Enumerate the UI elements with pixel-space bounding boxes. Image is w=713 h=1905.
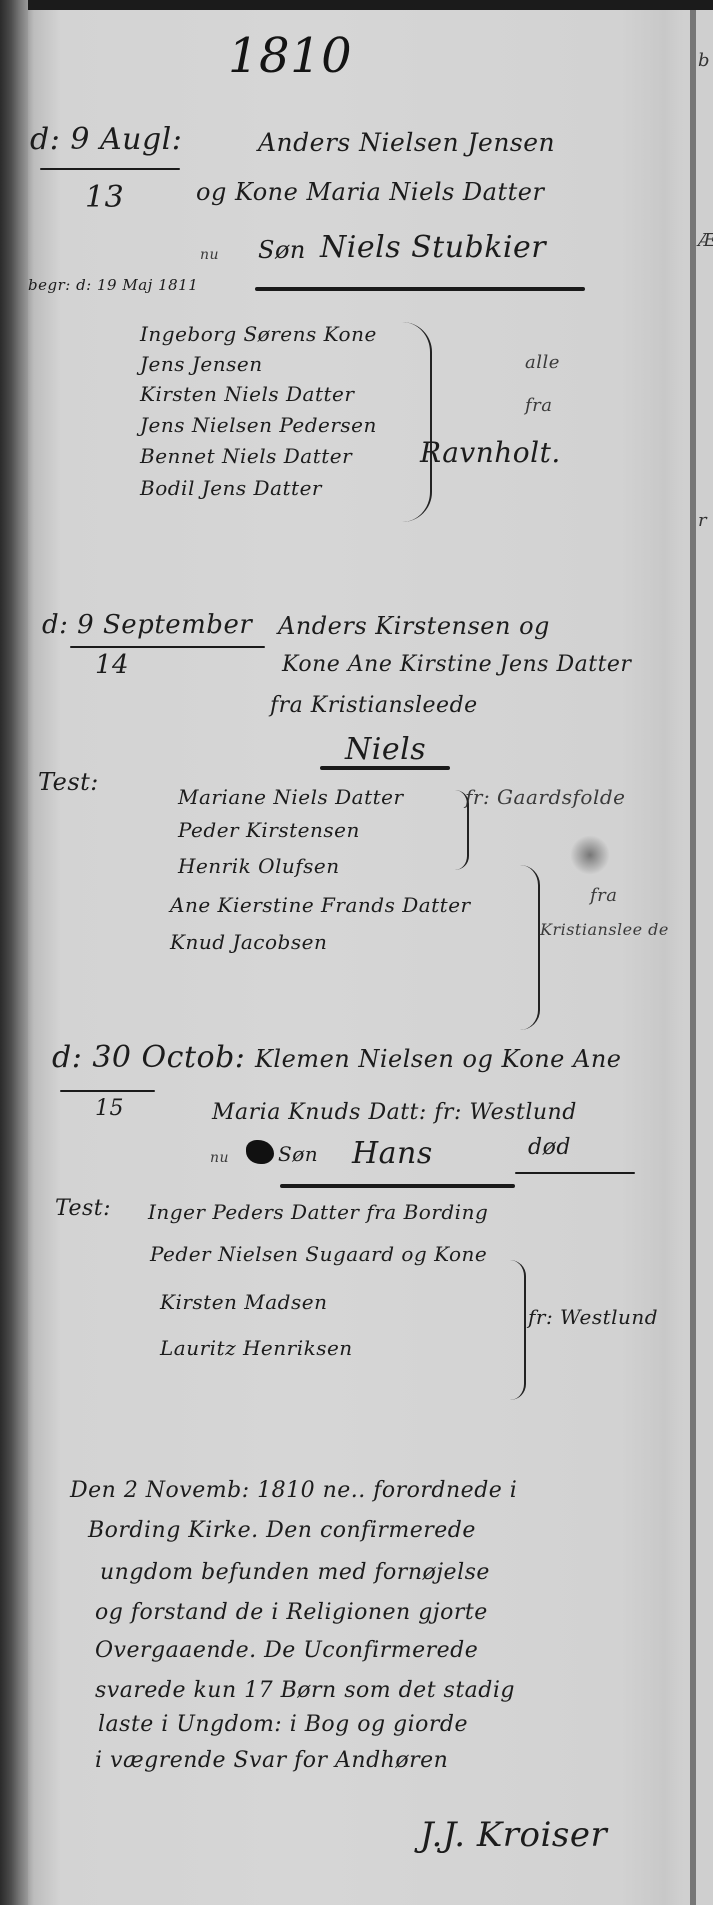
note-line: i vægrende Svar for Andhøren [95, 1748, 448, 1773]
witness: Knud Jacobsen [170, 930, 327, 954]
note-line: og forstand de i Religionen gjorte [95, 1600, 488, 1625]
origin-word: fra [590, 885, 618, 906]
witness: Jens Jensen [140, 352, 263, 376]
child-name-underline [255, 287, 585, 291]
entry-number: 15 [95, 1096, 124, 1121]
witness: Peder Nielsen Sugaard og Kone [150, 1242, 487, 1266]
witness: Bodil Jens Datter [140, 476, 322, 500]
parents-line-1: Klemen Nielsen og Kone Ane [255, 1045, 621, 1073]
entry-date: d: 30 Octob: [52, 1040, 245, 1075]
adjacent-page-mark: r [698, 510, 707, 531]
note-line: svarede kun 17 Børn som det stadig [95, 1678, 515, 1703]
witness-brace [510, 1260, 526, 1400]
witness: Peder Kirstensen [178, 818, 360, 842]
origin-word: alle [525, 352, 560, 373]
book-spine [0, 0, 28, 1905]
ink-smudge [570, 835, 610, 875]
witness: Lauritz Henriksen [160, 1336, 353, 1360]
witness: Inger Peders Datter fra Bording [148, 1200, 488, 1224]
witness-brace [455, 790, 469, 870]
ink-blot [246, 1140, 274, 1164]
child-prefix: Søn [278, 1142, 318, 1166]
signature: J.J. Kroiser [420, 1815, 607, 1855]
witness: Ane Kierstine Frands Datter [170, 893, 471, 917]
child-name: Niels [345, 732, 426, 767]
date-underline [40, 168, 180, 170]
witness: Jens Nielsen Pedersen [140, 413, 377, 437]
entry-number: 14 [95, 650, 129, 680]
entry-date: d: 9 September [42, 610, 252, 640]
witness: Kirsten Niels Datter [140, 382, 354, 406]
year-heading: 1810 [228, 28, 352, 84]
witness: Mariane Niels Datter [178, 785, 404, 809]
child-prefix: Søn [258, 236, 306, 264]
note-line: ungdom befunden med fornøjelse [100, 1560, 490, 1585]
witness-note: fr: Gaardsfolde [465, 785, 626, 809]
parents-line-2: Kone Ane Kirstine Jens Datter [282, 652, 631, 677]
note-line: Bording Kirke. Den confirmerede [88, 1518, 476, 1543]
note-line: Overgaaende. De Uconfirmerede [95, 1638, 478, 1663]
parents-line-2: Maria Knuds Datt: fr: Westlund [212, 1100, 577, 1125]
adjacent-page-strip: b Æ r [696, 10, 713, 1905]
child-name: Hans [352, 1136, 433, 1171]
scan-top-border [0, 0, 713, 10]
document-scan: b Æ r 1810 d: 9 Augl: 13 Anders Nielsen … [0, 0, 713, 1905]
parents-line-1: Anders Nielsen Jensen [258, 128, 555, 157]
adjacent-page-mark: b [698, 50, 710, 71]
entry-number: 13 [85, 180, 124, 215]
parents-line-3: fra Kristiansleede [270, 693, 478, 718]
entry-date: d: 9 Augl: [30, 122, 182, 157]
date-underline [70, 646, 265, 648]
witness: Bennet Niels Datter [140, 444, 352, 468]
witness: Ingeborg Sørens Kone [140, 322, 377, 346]
parents-line-1: Anders Kirstensen og [278, 612, 550, 640]
date-underline [60, 1090, 155, 1092]
witness-origin-place: fr: Westlund [528, 1305, 658, 1329]
note-line: Den 2 Novemb: 1810 ne.. forordnede i [70, 1478, 517, 1503]
test-label: Test: [38, 768, 99, 796]
note-line: laste i Ungdom: i Bog og giorde [98, 1712, 468, 1737]
adjacent-page-mark: Æ [698, 230, 713, 251]
witness-origin-place: Kristianslee de [540, 920, 669, 939]
witness-origin-place: Ravnholt. [420, 436, 561, 469]
witness: Kirsten Madsen [160, 1290, 327, 1314]
child-name-underline [320, 766, 450, 770]
witness-brace [400, 322, 432, 522]
witness: Henrik Olufsen [178, 854, 340, 878]
witness-brace [520, 865, 540, 1030]
test-label: Test: [55, 1196, 111, 1221]
origin-word: fra [525, 395, 553, 416]
child-name-underline [280, 1184, 515, 1188]
death-note-underline [515, 1172, 635, 1174]
child-name: Niels Stubkier [320, 230, 546, 265]
death-note: død [528, 1135, 571, 1160]
burial-margin-note: begr: d: 19 Maj 1811 [28, 276, 198, 294]
parents-line-2: og Kone Maria Niels Datter [196, 178, 544, 206]
